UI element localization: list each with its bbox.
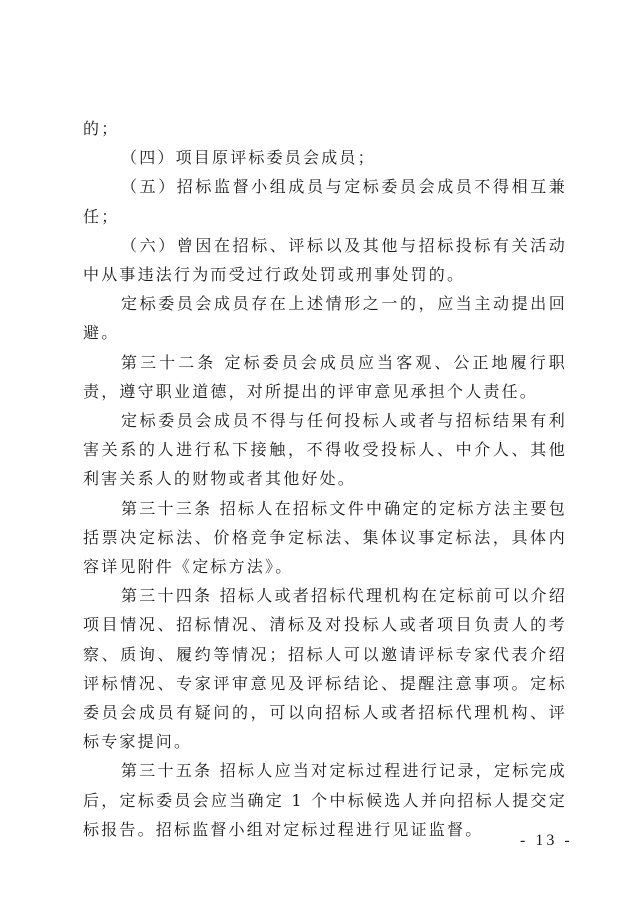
- paragraph-continuation: 的；: [83, 114, 567, 143]
- paragraph-item-5: （五）招标监督小组成员与定标委员会成员不得相互兼任；: [83, 172, 567, 230]
- document-page: 的； （四）项目原评标委员会成员； （五）招标监督小组成员与定标委员会成员不得相…: [0, 0, 643, 907]
- paragraph-article-32: 第三十二条 定标委员会成员应当客观、公正地履行职责，遵守职业道德，对所提出的评审…: [83, 348, 567, 406]
- document-body: 的； （四）项目原评标委员会成员； （五）招标监督小组成员与定标委员会成员不得相…: [83, 114, 567, 844]
- paragraph-article-34: 第三十四条 招标人或者招标代理机构在定标前可以介绍项目情况、招标情况、清标及对投…: [83, 581, 567, 756]
- paragraph-item-6: （六）曾因在招标、评标以及其他与招标投标有关活动中从事违法行为而受过行政处罚或刑…: [83, 231, 567, 289]
- paragraph-article-33: 第三十三条 招标人在招标文件中确定的定标方法主要包括票决定标法、价格竞争定标法、…: [83, 494, 567, 582]
- paragraph-item-4: （四）项目原评标委员会成员；: [83, 143, 567, 172]
- paragraph-article-35: 第三十五条 招标人应当对定标过程进行记录，定标完成后，定标委员会应当确定 1 个…: [83, 756, 567, 844]
- paragraph-no-private-contact: 定标委员会成员不得与任何投标人或者与招标结果有利害关系的人进行私下接触，不得收受…: [83, 406, 567, 494]
- paragraph-recusal: 定标委员会成员存在上述情形之一的，应当主动提出回避。: [83, 289, 567, 347]
- page-number: - 13 -: [520, 832, 573, 850]
